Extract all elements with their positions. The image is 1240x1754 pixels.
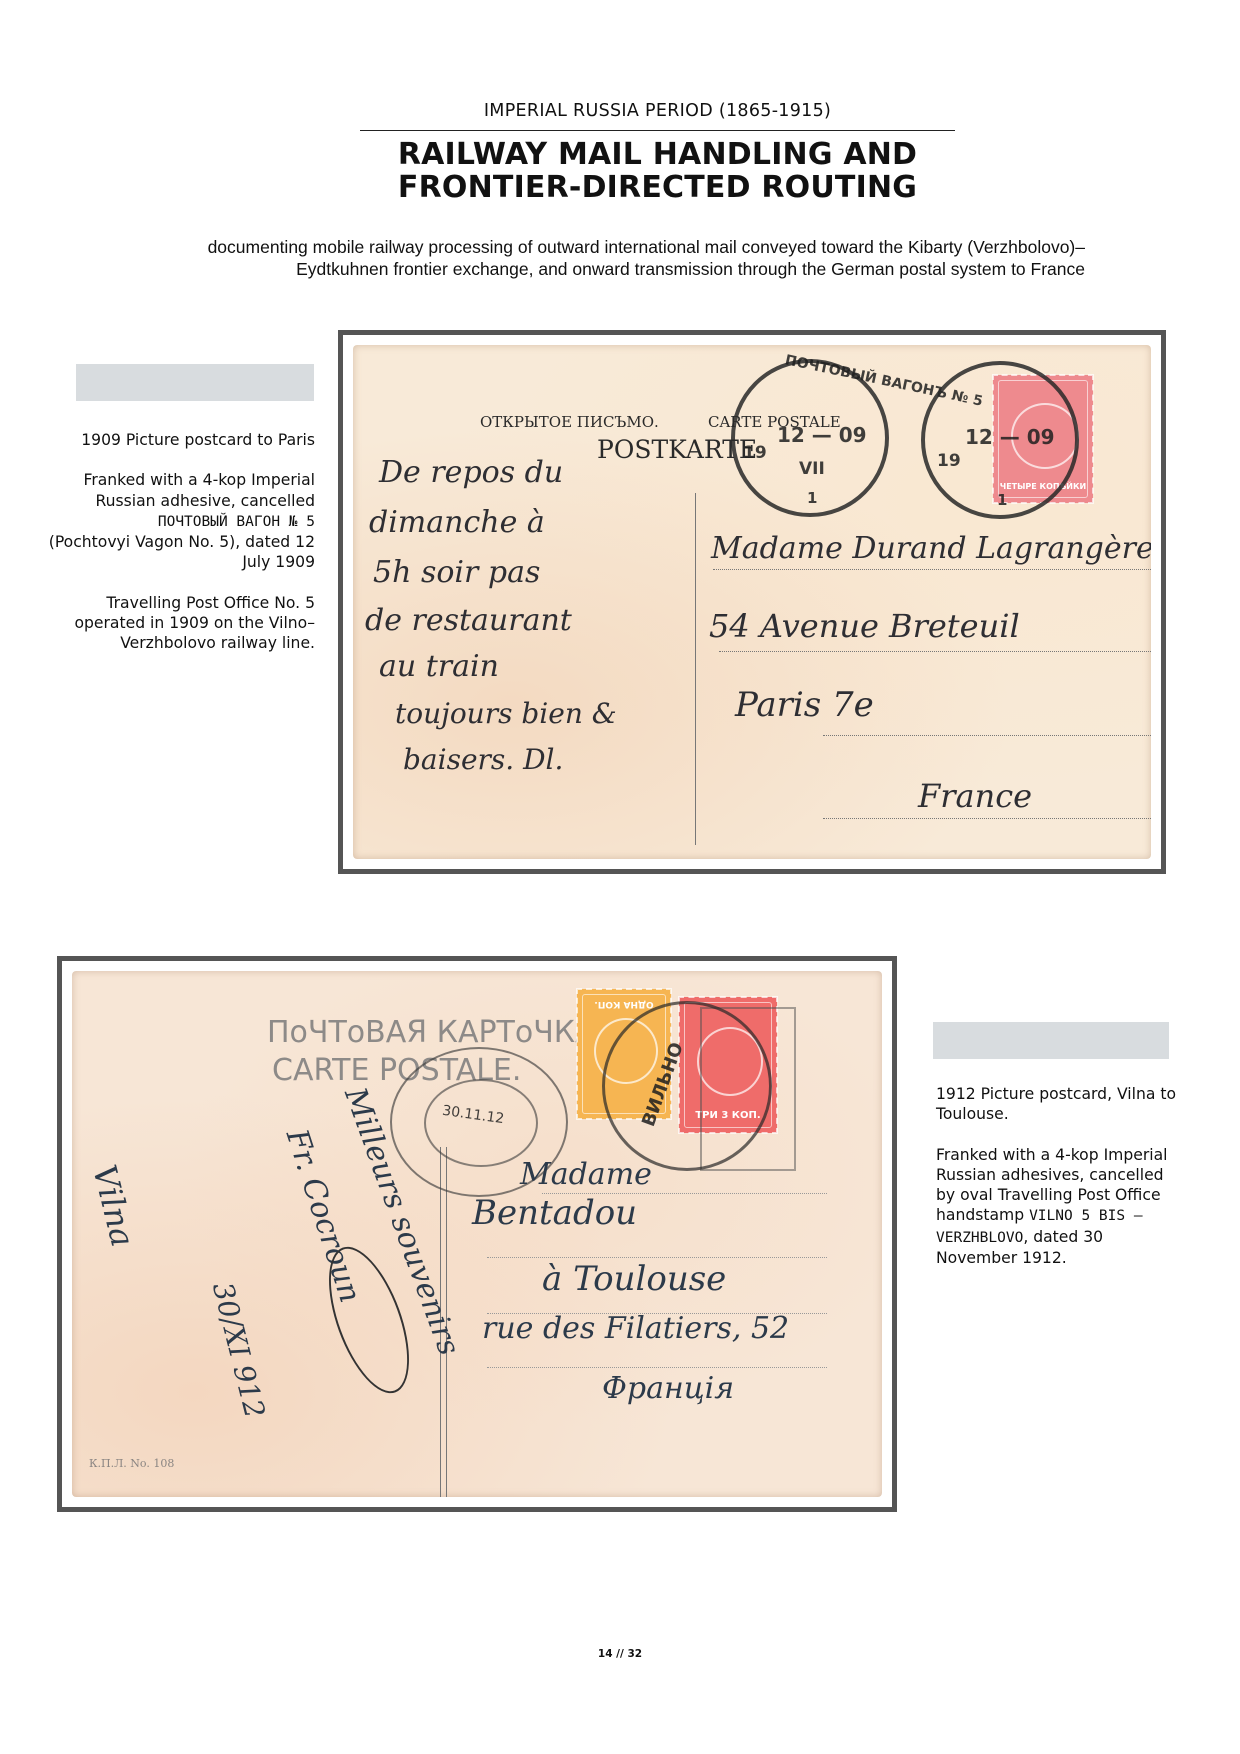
caption-description: Franked with a 4-kop Imperial Russian ad… [40,470,315,572]
postmark-cancel: ПОЧТОВЫЙ ВАГОНЪ № 5 12 — 09 19 VII 1 [731,359,889,517]
item-caption: 1912 Picture postcard, Vilna to Toulouse… [936,1084,1206,1288]
printed-header-ru: ОТКРЫТОЕ ПИСЪМО. [480,413,659,431]
caption-label-bar [76,364,314,401]
caption-note: Travelling Post Office No. 5 operated in… [40,593,315,654]
subtitle-line-1: documenting mobile railway processing of… [60,236,1085,258]
page-subtitle: documenting mobile railway processing of… [60,236,1085,280]
round-cancel: ВИЛЬНО [602,1001,772,1171]
section-period: IMPERIAL RUSSIA PERIOD (1865-1915) [360,101,955,121]
item-caption: 1909 Picture postcard to Paris Franked w… [40,430,315,674]
divider-line [695,493,696,845]
cancel-inscription: ПОЧТОВЫЙ ВАГОН № 5 [158,514,315,530]
printed-publisher-no: К.П.Л. No. 108 [89,1457,174,1470]
caption-label-bar [933,1022,1169,1059]
caption-title: 1912 Picture postcard, Vilna to Toulouse… [936,1084,1186,1125]
title-line-1: RAILWAY MAIL HANDLING AND [330,138,985,171]
postcard-frame-1912: ПоЧТоВАЯ КАРТоЧКА CARTE POSTALE. К.П.Л. … [57,956,897,1512]
postmark-cancel-on-stamp: 12 — 09 19 1 [921,361,1079,519]
postcard-1912: ПоЧТоВАЯ КАРТоЧКА CARTE POSTALE. К.П.Л. … [72,971,882,1497]
page-title: RAILWAY MAIL HANDLING AND FRONTIER-DIREC… [330,138,985,204]
title-line-2: FRONTIER-DIRECTED ROUTING [330,171,985,204]
header-divider [360,130,955,131]
subtitle-line-2: Eydtkuhnen frontier exchange, and onward… [60,258,1085,280]
caption-title: 1909 Picture postcard to Paris [40,430,315,450]
caption-description: Franked with a 4-kop Imperial Russian ad… [936,1145,1186,1269]
printed-header-ru: ПоЧТоВАЯ КАРТоЧКА [267,1015,596,1050]
postcard-1909: ОТКРЫТОЕ ПИСЪМО. CARTE POSTALE POSTKARTE… [353,345,1151,859]
page-number: 14 // 32 [0,1648,1240,1660]
postcard-frame-1909: ОТКРЫТОЕ ПИСЪМО. CARTE POSTALE POSTKARTE… [338,330,1166,874]
